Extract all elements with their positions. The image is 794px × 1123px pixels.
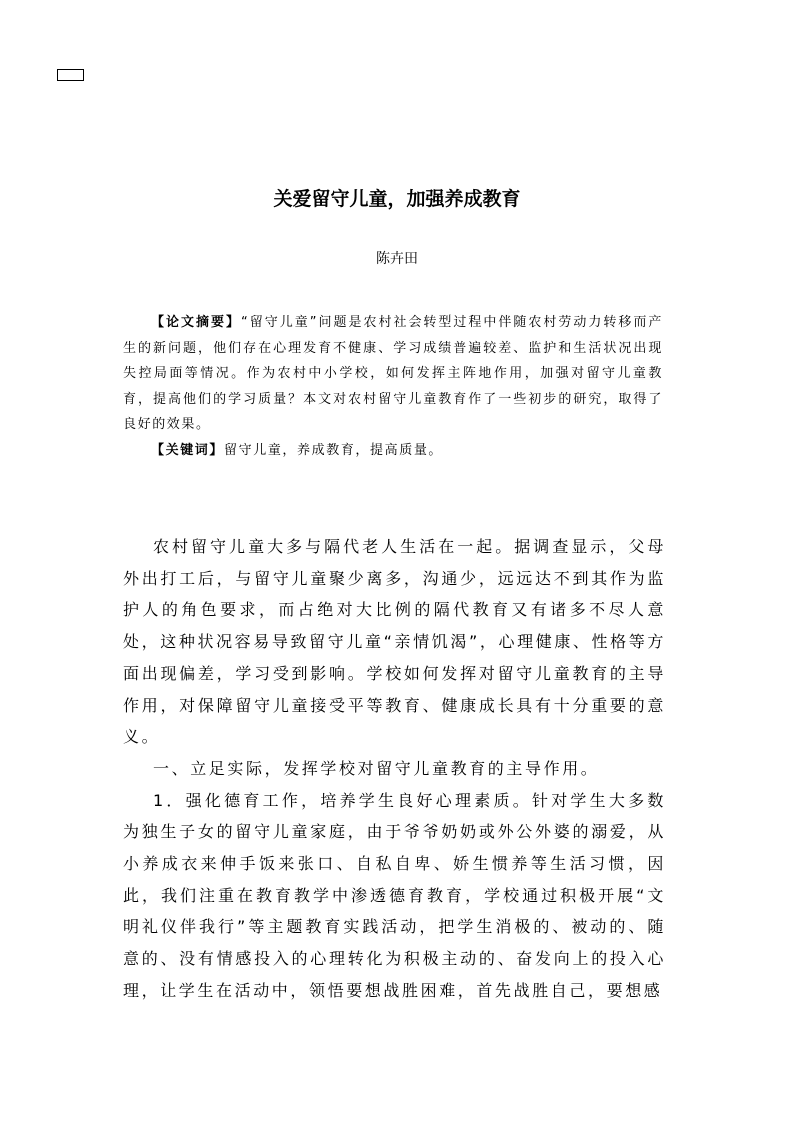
document-title: 关爱留守儿童，加强养成教育 <box>0 185 794 213</box>
keywords-paragraph: 【关键词】留守儿童，养成教育，提高质量。 <box>123 438 663 464</box>
body-paragraph-1-1: 1．强化德育工作，培养学生良好心理素质。针对学生大多数为独生子女的留守儿童家庭，… <box>123 785 666 1007</box>
body-paragraph-intro: 农村留守儿童大多与隔代老人生活在一起。据调查显示，父母外出打工后，与留守儿童聚少… <box>123 531 666 753</box>
keywords-text: 留守儿童，养成教育，提高质量。 <box>224 443 443 458</box>
abstract-label: 【论文摘要】 <box>151 315 241 330</box>
abstract-text: “留守儿童”问题是农村社会转型过程中伴随农村劳动力转移而产生的新问题，他们存在心… <box>123 315 663 432</box>
author-name: 陈卉田 <box>0 248 794 270</box>
section-heading-1: 一、立足实际，发挥学校对留守儿童教育的主导作用。 <box>123 753 666 785</box>
abstract-paragraph: 【论文摘要】“留守儿童”问题是农村社会转型过程中伴随农村劳动力转移而产生的新问题… <box>123 310 663 438</box>
keywords-label: 【关键词】 <box>151 443 224 458</box>
header-placeholder-box <box>57 69 84 81</box>
body-section: 农村留守儿童大多与隔代老人生活在一起。据调查显示，父母外出打工后，与留守儿童聚少… <box>123 531 666 1007</box>
abstract-section: 【论文摘要】“留守儿童”问题是农村社会转型过程中伴随农村劳动力转移而产生的新问题… <box>123 310 663 463</box>
